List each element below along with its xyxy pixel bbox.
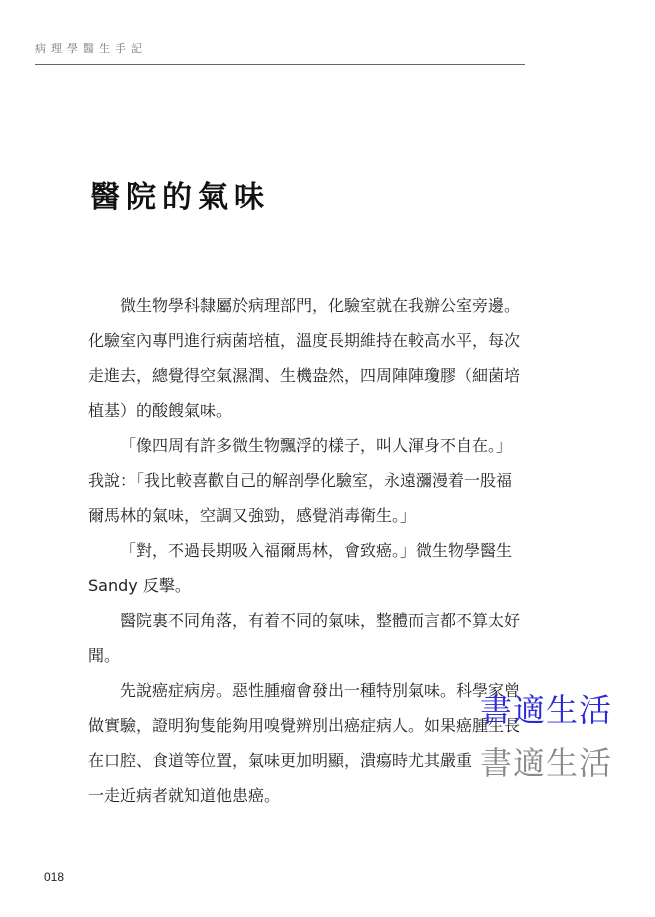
text-line: 先說癌症病房。惡性腫瘤會發出一種特別氣味。科學家曾	[88, 673, 528, 708]
text-line: 爾馬林的氣味，空調又強勁，感覺消毒衛生。」	[88, 498, 528, 533]
watermark-blue: 書適生活	[480, 685, 612, 731]
text-line: 化驗室內專門進行病菌培植，溫度長期維持在較高水平，每次	[88, 323, 528, 358]
text-line: 在口腔、食道等位置，氣味更加明顯，潰瘍時尤其嚴重	[88, 743, 528, 778]
running-head: 病理學醫生手記	[35, 40, 147, 56]
text-line: 「對，不過長期吸入福爾馬林，會致癌。」微生物學醫生	[88, 533, 528, 568]
text-line: 一走近病者就知道他患癌。	[88, 778, 528, 813]
text-line: 我說：「我比較喜歡自己的解剖學化驗室，永遠瀰漫着一股福	[88, 463, 528, 498]
chapter-title: 醫院的氣味	[90, 172, 270, 216]
text-line: 走進去，總覺得空氣濕潤、生機盎然，四周陣陣瓊膠（細菌培	[88, 358, 528, 393]
text-line: 植基）的酸餿氣味。	[88, 393, 528, 428]
text-line: 「像四周有許多微生物飄浮的樣子，叫人渾身不自在。」	[88, 428, 528, 463]
text-line: 醫院裏不同角落，有着不同的氣味，整體而言都不算太好	[88, 603, 528, 638]
header-rule	[35, 64, 525, 65]
text-line: Sandy 反擊。	[88, 568, 528, 603]
text-line: 做實驗，證明狗隻能夠用嗅覺辨別出癌症病人。如果癌腫生長	[88, 708, 528, 743]
page-number: 018	[44, 870, 64, 884]
text-line: 聞。	[88, 638, 528, 673]
text-line: 微生物學科隸屬於病理部門，化驗室就在我辦公室旁邊。	[88, 288, 528, 323]
body-text: 微生物學科隸屬於病理部門，化驗室就在我辦公室旁邊。 化驗室內專門進行病菌培植，溫…	[88, 288, 528, 813]
watermark-gray: 書適生活	[480, 738, 612, 784]
